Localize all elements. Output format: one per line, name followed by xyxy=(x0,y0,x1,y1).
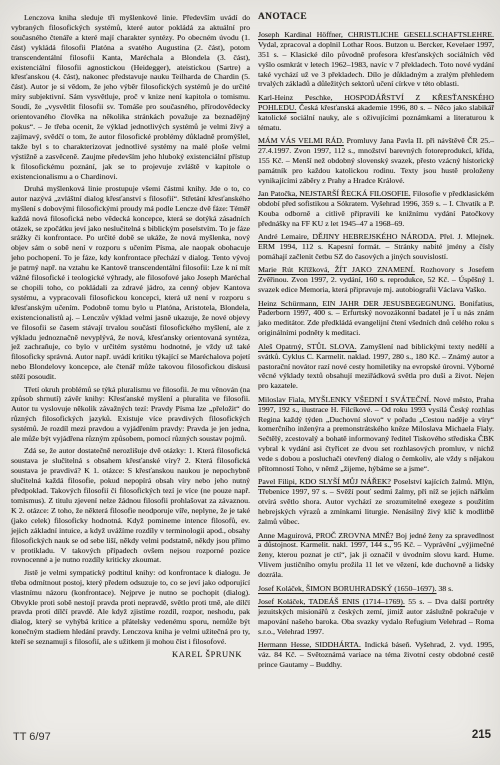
annotation-title: Joseph Kardinal Höffner, CHRISTLICHE GES… xyxy=(258,30,494,39)
annotation-item: Anne Maguirová, PROČ ZROVNA MNĚ? Boj jed… xyxy=(258,531,494,581)
review-paragraph: Druhá myšlenková linie prostupuje všemi … xyxy=(11,184,250,382)
annotation-item: Josef Koláček, TADEÁŠ ENIS (1714–1769). … xyxy=(258,597,494,637)
review-column: Lenczova kniha sleduje tři myšlenkové li… xyxy=(11,13,250,660)
annotation-title: Josef Koláček, ŠIMON BORUHRADSKÝ (1650–1… xyxy=(258,584,436,593)
annotation-item: Heinz Schürmann, EIN JAHR DER JESUSBEGEG… xyxy=(258,299,494,339)
annotation-title: Pavel Filipi, KDO SLYŠÍ MŮJ NÁŘEK? xyxy=(258,477,391,486)
annotation-title: André Lemaire, DĚJINY HEBREJSKÉHO NÁRODA… xyxy=(258,232,436,241)
annotation-item: Pavel Filipi, KDO SLYŠÍ MŮJ NÁŘEK? Posel… xyxy=(258,477,494,527)
review-paragraph: Zdá se, že autor dostatečně nerozlišuje … xyxy=(11,446,250,565)
scanned-page: Lenczova kniha sleduje tři myšlenkové li… xyxy=(0,0,500,765)
annotations-column: ANOTACE Joseph Kardinal Höffner, CHRISTL… xyxy=(258,13,494,673)
review-paragraph: Jistě je velmi sympatický podtitul knihy… xyxy=(11,568,250,647)
annotation-title: MÁM VÁS VELMI RÁD. xyxy=(258,136,344,145)
annotations-heading: ANOTACE xyxy=(258,13,494,23)
annotation-item: Joseph Kardinal Höffner, CHRISTLICHE GES… xyxy=(258,30,494,89)
annotation-title: Jan Patočka, NEJSTARŠÍ ŘECKÁ FILOSOFIE. xyxy=(258,189,411,198)
annotation-title: Hermann Hesse, SIDDHÁRTA. xyxy=(258,640,361,649)
annotation-item: Jan Patočka, NEJSTARŠÍ ŘECKÁ FILOSOFIE. … xyxy=(258,189,494,229)
annotation-item: Hermann Hesse, SIDDHÁRTA. Indická báseň.… xyxy=(258,640,494,670)
annotation-item: Karl-Heinz Peschke, HOSPODÁŘSTVÍ Z KŘESŤ… xyxy=(258,93,494,133)
review-paragraph: Třetí okruh problémů se týká pluralismu … xyxy=(11,385,250,444)
annotation-item: MÁM VÁS VELMI RÁD. Promluvy Jana Pavla I… xyxy=(258,136,494,186)
annotation-text: Vydal, zpracoval a doplnil Lothar Roos. … xyxy=(258,40,494,89)
annotation-text: 38 s. xyxy=(438,584,453,593)
annotation-title: Marie Rút Křížková, ŽÍT JAKO ZNAMENÍ. xyxy=(258,265,415,274)
annotation-title: Aleš Opatrný, STŮL SLOVA. xyxy=(258,342,357,351)
footer-page-number: 215 xyxy=(472,729,491,741)
annotation-title: Josef Koláček, TADEÁŠ ENIS (1714–1769). xyxy=(258,597,405,606)
footer-issue-label: TT 6/97 xyxy=(13,731,51,743)
review-signature: KAREL ŠPRUNK xyxy=(11,650,250,660)
annotation-item: André Lemaire, DĚJINY HEBREJSKÉHO NÁRODA… xyxy=(258,232,494,262)
annotation-text: Nové město, Praha 1997, 192 s., ilustrac… xyxy=(258,395,494,473)
annotation-title: Anne Maguirová, PROČ ZROVNA MNĚ? xyxy=(258,531,393,540)
annotation-title: Heinz Schürmann, EIN JAHR DER JESUSBEGEG… xyxy=(258,299,455,308)
annotation-item: Josef Koláček, ŠIMON BORUHRADSKÝ (1650–1… xyxy=(258,584,494,594)
review-paragraph: Lenczova kniha sleduje tři myšlenkové li… xyxy=(11,13,250,181)
annotation-item: Miloslav Fiala, MYŠLENKY VŠEDNÍ I SVÁTEČ… xyxy=(258,395,494,474)
annotation-title: Miloslav Fiala, MYŠLENKY VŠEDNÍ I SVÁTEČ… xyxy=(258,395,431,404)
annotation-item: Aleš Opatrný, STŮL SLOVA. Zamyšlení nad … xyxy=(258,342,494,392)
annotation-item: Marie Rút Křížková, ŽÍT JAKO ZNAMENÍ. Ro… xyxy=(258,265,494,295)
